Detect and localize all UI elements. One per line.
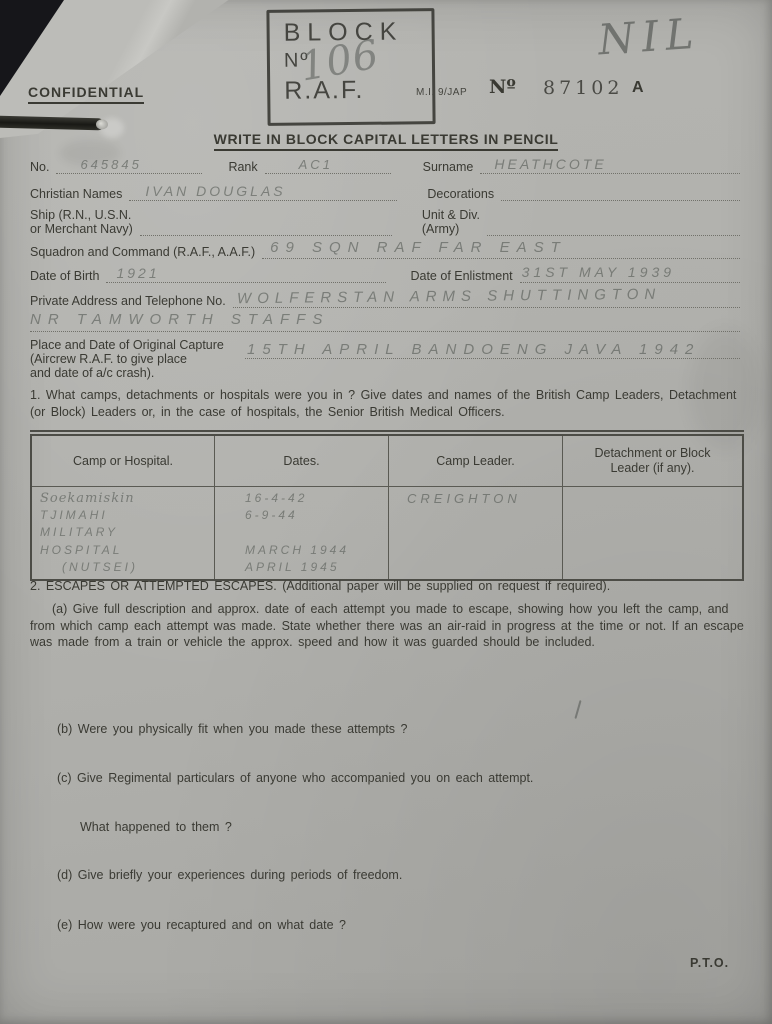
capture-value: 15TH APRIL BANDOENG JAVA 1942 — [247, 341, 700, 358]
rank-value: AC1 — [299, 157, 333, 172]
capture-label: Place and Date of Original Capture (Airc… — [30, 338, 245, 380]
no-field-line: 645845 — [56, 158, 202, 174]
camp-leader-cell: CREIGHTON — [389, 487, 563, 579]
decorations-field-line — [501, 185, 740, 201]
serial-number-label: Nº — [489, 76, 516, 98]
pow-questionnaire-scanned-page: CONFIDENTIAL BLOCK Nº R.A.F. 106 M.I. 9/… — [0, 0, 772, 1024]
camp-entry: Soekamiskin — [40, 490, 214, 507]
please-turn-over: P.T.O. — [690, 956, 729, 970]
camp-entry: TJIMAHI — [40, 507, 214, 524]
serial-number: 87102 — [543, 77, 623, 99]
date-of-birth-field-line: 1921 — [106, 267, 386, 283]
section-2-item-b: (b) Were you physically fit when you mad… — [57, 721, 744, 738]
header-camp-leader: Camp Leader. — [389, 436, 563, 487]
address-field-line1: WOLFERSTAN ARMS SHUTTINGTON — [233, 292, 740, 308]
confidential-marking: CONFIDENTIAL — [28, 84, 144, 104]
detachment-entry — [571, 507, 742, 524]
camp-entry: (NUTSEI) — [40, 559, 214, 576]
ship-field-line — [140, 220, 392, 236]
no-value: 645845 — [80, 157, 141, 172]
dates-entry: 6-9-44 — [223, 507, 388, 524]
header-camp-or-hospital: Camp or Hospital. — [32, 436, 215, 487]
date-of-enlistment-label: Date of Enlistment — [410, 269, 519, 283]
christian-names-value: IVAN DOUGLAS — [145, 183, 285, 199]
leader-entry — [397, 559, 562, 576]
detachment-leader-cell — [563, 487, 742, 579]
date-of-birth-label: Date of Birth — [30, 269, 106, 283]
row-private-address-continued: NR TAMWORTH STAFFS — [30, 316, 740, 332]
squadron-label: Squadron and Command (R.A.F., A.A.F.) — [30, 245, 262, 259]
camp-entry: HOSPITAL — [40, 542, 214, 559]
surname-label: Surname — [423, 160, 481, 174]
address-value-line1: WOLFERSTAN ARMS SHUTTINGTON — [237, 286, 661, 307]
row-birth-enlistment: Date of Birth 1921 Date of Enlistment 31… — [30, 267, 740, 283]
detachment-entry — [571, 524, 742, 541]
dates-entry: 16-4-42 — [223, 490, 388, 507]
unit-label-line2: (Army) — [422, 222, 480, 236]
no-label: No. — [30, 160, 56, 174]
unit-label-line1: Unit & Div. — [422, 208, 480, 222]
detachment-entry — [571, 559, 742, 576]
string-frayed-tip — [96, 119, 108, 129]
row-christian-names-decorations: Christian Names IVAN DOUGLAS Decorations — [30, 185, 740, 201]
ship-label: Ship (R.N., U.S.N. or Merchant Navy) — [30, 208, 140, 236]
form-instruction-heading: WRITE IN BLOCK CAPITAL LETTERS IN PENCIL — [0, 131, 772, 151]
camp-entry: MILITARY — [40, 524, 214, 541]
address-label: Private Address and Telephone No. — [30, 294, 233, 308]
surname-field-line: HEATHCOTE — [480, 158, 740, 174]
row-ship-unit: Ship (R.N., U.S.N. or Merchant Navy) Uni… — [30, 208, 740, 236]
section-2-item-e: (e) How were you recaptured and on what … — [57, 917, 744, 934]
capture-label-line1: Place and Date of Original Capture — [30, 338, 238, 352]
header-detachment-leader: Detachment or Block Leader (if any). — [563, 436, 742, 487]
detachment-entry — [571, 542, 742, 559]
leader-entry — [397, 524, 562, 541]
row-original-capture: Place and Date of Original Capture (Airc… — [30, 338, 740, 380]
section-2-item-a: (a) Give full description and approx. da… — [30, 601, 744, 651]
decorations-label: Decorations — [427, 187, 501, 201]
date-of-enlistment-field-line: 31ST MAY 1939 — [520, 267, 740, 283]
handwritten-nil-annotation: NIL — [596, 8, 701, 64]
address-value-line2: NR TAMWORTH STAFFS — [30, 311, 329, 328]
date-of-enlistment-value: 31ST MAY 1939 — [522, 264, 675, 280]
dates-entry: MARCH 1944 — [223, 542, 388, 559]
row-squadron-command: Squadron and Command (R.A.F., A.A.F.) 69… — [30, 243, 740, 259]
capture-label-line3: and date of a/c crash). — [30, 366, 238, 380]
camp-or-hospital-cell: Soekamiskin TJIMAHI MILITARY HOSPITAL (N… — [32, 487, 215, 579]
unit-label: Unit & Div. (Army) — [422, 208, 487, 236]
dates-entry: APRIL 1945 — [223, 559, 388, 576]
rank-field-line: AC1 — [265, 158, 391, 174]
christian-names-field-line: IVAN DOUGLAS — [129, 185, 397, 201]
dates-entry — [223, 524, 388, 541]
ship-label-line1: Ship (R.N., U.S.N. — [30, 208, 133, 222]
serial-suffix-letter: A — [632, 79, 644, 97]
section-2-item-c-followup: What happened to them ? — [80, 819, 744, 836]
camps-table-header-row: Camp or Hospital. Dates. Camp Leader. De… — [32, 436, 742, 487]
squadron-field-line: 69 SQN RAF FAR EAST — [262, 243, 740, 259]
detachment-entry — [571, 490, 742, 507]
date-of-birth-value: 1921 — [116, 265, 159, 281]
header-dates: Dates. — [215, 436, 389, 487]
camps-table: Camp or Hospital. Dates. Camp Leader. De… — [30, 434, 744, 581]
rank-label: Rank — [228, 160, 264, 174]
ship-label-line2: or Merchant Navy) — [30, 222, 133, 236]
row-private-address: Private Address and Telephone No. WOLFER… — [30, 292, 740, 308]
mi9-department-reference: M.I. 9/JAP — [416, 87, 467, 98]
leader-entry: CREIGHTON — [397, 490, 562, 507]
form-instruction-heading-text: WRITE IN BLOCK CAPITAL LETTERS IN PENCIL — [214, 131, 559, 151]
surname-value: HEATHCOTE — [494, 156, 606, 172]
row-number-rank-surname: No. 645845 Rank AC1 Surname HEATHCOTE — [30, 158, 740, 174]
squadron-value: 69 SQN RAF FAR EAST — [270, 239, 567, 256]
capture-label-line2: (Aircrew R.A.F. to give place — [30, 352, 238, 366]
dates-cell: 16-4-42 6-9-44 MARCH 1944 APRIL 1945 — [215, 487, 389, 579]
section-2-item-d: (d) Give briefly your experiences during… — [57, 867, 744, 884]
leader-entry — [397, 542, 562, 559]
capture-field-line: 15TH APRIL BANDOENG JAVA 1942 — [245, 343, 740, 359]
section-2-heading: 2. ESCAPES OR ATTEMPTED ESCAPES. (Additi… — [30, 578, 744, 595]
leader-entry — [397, 507, 562, 524]
section-2-item-c: (c) Give Regimental particulars of anyon… — [57, 770, 744, 787]
pencil-check-mark — [574, 700, 581, 719]
christian-names-label: Christian Names — [30, 187, 129, 201]
address-field-line2: NR TAMWORTH STAFFS — [30, 316, 740, 332]
camps-table-body: Soekamiskin TJIMAHI MILITARY HOSPITAL (N… — [32, 487, 742, 579]
question-1: 1. What camps, detachments or hospitals … — [30, 387, 744, 420]
unit-field-line — [487, 220, 740, 236]
